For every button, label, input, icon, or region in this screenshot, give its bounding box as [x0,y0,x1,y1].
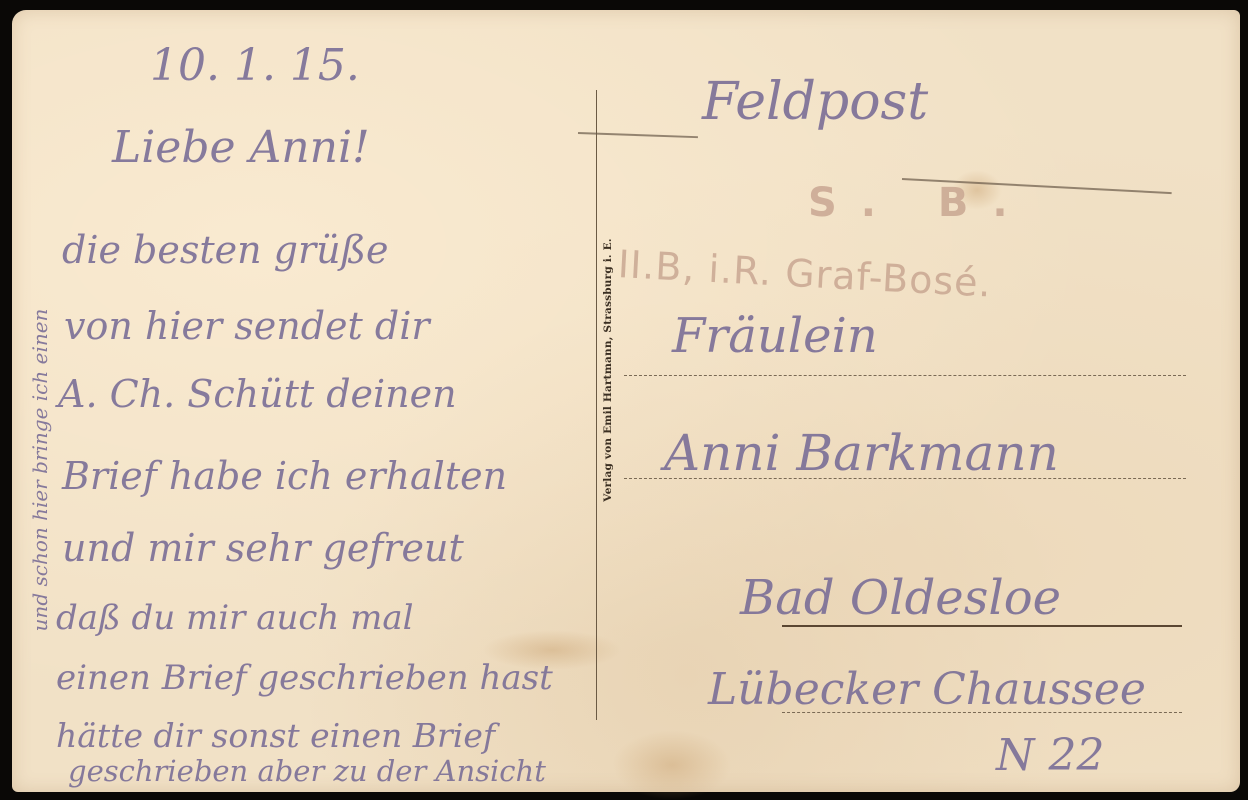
message-line: einen Brief geschrieben hast [56,658,553,698]
unit-stamp-line1: S. B. [808,180,1032,226]
unit-stamp-line2: II.B, i.R. Graf-Bosé. [617,242,993,306]
message-line: geschrieben aber zu der Ansicht [68,754,546,788]
message-line: von hier sendet dir [64,304,430,348]
center-divider [596,90,597,720]
margin-note: und schon hier bringe ich einen [28,309,52,632]
recipient-city: Bad Oldesloe [740,570,1061,626]
publisher-imprint: Verlag von Emil Hartmann, Strassburg i. … [602,238,614,501]
message-line: die besten grüße [62,228,389,272]
message-line: A. Ch. Schütt deinen [58,372,457,416]
address-line [624,375,1186,376]
message-line: hätte dir sonst einen Brief [56,716,495,755]
address-line [782,712,1182,713]
city-underline [782,625,1182,627]
address-line [624,478,1186,479]
message-line: Brief habe ich erhalten [62,454,507,498]
recipient-name: Anni Barkmann [664,424,1059,482]
message-line: und mir sehr gefreut [62,526,464,570]
water-stain [612,730,732,800]
postal-marking-feldpost: Feldpost [702,72,928,132]
message-line: daß du mir auch mal [56,598,414,638]
recipient-street: Lübecker Chaussee [708,664,1146,715]
recipient-house-number: N 22 [996,730,1104,781]
message-date: 10. 1. 15. [150,40,360,91]
recipient-title: Fräulein [672,308,878,364]
message-salutation: Liebe Anni! [112,122,370,173]
postcard-back: 10. 1. 15. Liebe Anni! die besten grüße … [12,10,1240,792]
